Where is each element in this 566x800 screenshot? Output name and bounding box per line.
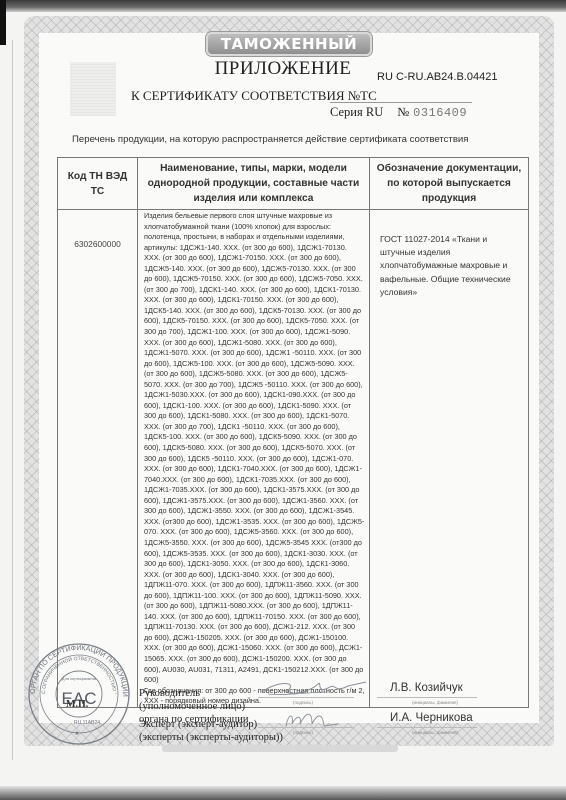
products-table: Код ТН ВЭД ТС Наименование, типы, марки,… xyxy=(57,157,529,708)
expert-role-label: Эксперт (эксперт-аудитор) (эксперты (экс… xyxy=(139,718,289,744)
documentation-cell: ГОСТ 11027-2014 «Ткани и штучные изделия… xyxy=(370,210,529,708)
expert-signature-icon xyxy=(282,706,342,732)
header-documentation: Обозначение документации, по которой вып… xyxy=(370,158,529,210)
head-signature-icon xyxy=(258,674,368,700)
series-line: Серия RU№0316409 xyxy=(330,105,467,120)
head-name: Л.В. Козийчук xyxy=(390,682,463,694)
series-number: 0316409 xyxy=(413,106,467,120)
stamp-reg-number: RU.11АВ24 xyxy=(74,720,100,726)
certification-stamp: ОРГАН ПО СЕРТИФИКАЦИИ ПРОДУКЦИИ С ОГРАНИ… xyxy=(27,642,131,746)
page-edge xyxy=(12,40,13,760)
stamp-center-top: Для сертификатов xyxy=(62,676,96,681)
head-name-line xyxy=(377,697,477,698)
scan-shadow-top xyxy=(0,0,566,12)
stamp-star-icon: ★ xyxy=(74,730,79,737)
head-name-caption: (инициалы, фамилия) xyxy=(405,700,465,705)
certificate-number-underline xyxy=(330,102,472,103)
product-description-cell: Изделия бельевые первого слоя штучные ма… xyxy=(138,210,370,708)
expert-name: И.А. Черникова xyxy=(390,712,473,724)
head-signature-caption: (подпись) xyxy=(278,700,328,705)
number-label: № xyxy=(397,105,409,119)
footer-print-info xyxy=(162,745,398,752)
header-product-name: Наименование, типы, марки, модели одноро… xyxy=(138,158,370,210)
header-hs-code: Код ТН ВЭД ТС xyxy=(58,158,138,210)
expert-name-caption: (инициалы, фамилия) xyxy=(405,730,465,735)
expert-name-line xyxy=(377,727,477,728)
series-label: Серия RU xyxy=(330,105,383,119)
scan-shadow-left xyxy=(0,0,6,45)
customs-union-banner: ТАМОЖЕННЫЙ СОЮЗ xyxy=(206,32,372,56)
seal-label: М.П. xyxy=(66,699,88,710)
scan-shadow-bottom xyxy=(0,786,566,800)
intro-text: Перечень продукции, на которую распростр… xyxy=(72,134,468,145)
table-header-row: Код ТН ВЭД ТС Наименование, типы, марки,… xyxy=(58,158,529,210)
certificate-number: RU C-RU.AB24.B.04421 xyxy=(377,71,497,83)
hs-code-cell: 6302600000 xyxy=(58,210,138,708)
table-row: 6302600000 Изделия бельевые первого слоя… xyxy=(58,210,529,708)
product-description: Изделия бельевые первого слоя штучные ма… xyxy=(144,211,365,686)
